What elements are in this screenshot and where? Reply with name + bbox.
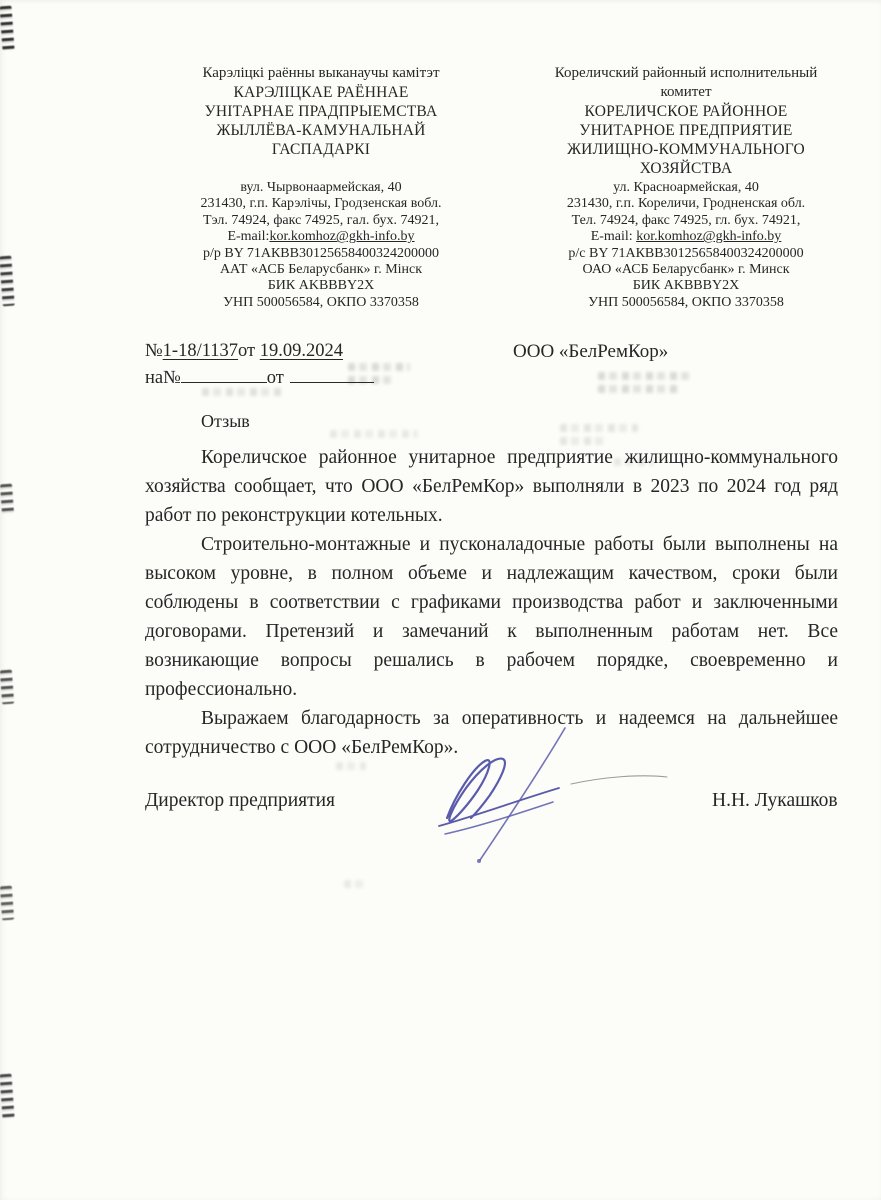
binding-mark — [0, 256, 15, 307]
body-paragraph: Кореличское районное унитарное предприят… — [145, 443, 838, 530]
address-line: ул. Красноармейская, 40 — [500, 180, 872, 196]
bic-line: БИК AKBBBY2X — [500, 278, 872, 294]
address-block: ул. Красноармейская, 40 231430, г.п. Кор… — [500, 180, 872, 311]
ref-number: 1-18/1137 — [163, 341, 238, 361]
org-name-line: ХОЗЯЙСТВА — [500, 159, 872, 178]
address-line: 231430, г.п. Карэлічы, Гродзенская вобл. — [145, 196, 497, 212]
body-paragraph: Строительно-монтажные и пусконаладочные … — [145, 530, 838, 704]
unp-okpo-line: УНП 500056584, ОКПО 3370358 — [145, 295, 497, 311]
org-name-line: КАРЭЛІЦКАЕ РАЁННАЕ — [145, 83, 497, 102]
org-name-line: УНІТАРНАЕ ПРАДПРЫЕМСТВА — [145, 102, 497, 121]
parent-org-line: Кореличский районный исполнительный коми… — [530, 64, 842, 102]
org-name-block: Кореличский районный исполнительный коми… — [500, 64, 872, 180]
parent-org-line: Карэліцкі раённы выканаучы камітэт — [145, 64, 497, 83]
org-name-line: КОРЕЛИЧСКОЕ РАЙОННОЕ — [500, 102, 872, 121]
reference-block: №1-18/1137от 19.09.2024 на№от — [145, 338, 374, 392]
bic-line: БИК AKBBBY2X — [145, 278, 497, 294]
reply-date-blank — [290, 366, 374, 383]
letter-body: Кореличское районное унитарное предприят… — [145, 443, 838, 762]
binding-mark — [0, 484, 14, 515]
org-name-line: ЖЫЛЛЁВА-КАМУНАЛЬНАЙ — [145, 121, 497, 140]
email-address: kor.komhoz@gkh-info.by — [269, 229, 414, 244]
bleedthrough-artifact — [330, 430, 418, 443]
reply-number-blank — [181, 366, 267, 383]
document-title: Отзыв — [201, 411, 250, 432]
ref-reply-line: на№от — [145, 364, 374, 392]
org-name-line: УНИТАРНОЕ ПРЕДПРИЯТИЕ — [500, 121, 872, 140]
signoff-name: Н.Н. Лукашков — [712, 790, 838, 812]
address-line: вул. Чырвонаармейская, 40 — [145, 180, 497, 196]
org-name-line: ГАСПАДАРКІ — [145, 140, 497, 159]
bank-name-line: ОАО «АСБ Беларусбанк» г. Минск — [500, 262, 872, 278]
ref-ot-label: от — [238, 341, 260, 361]
bleedthrough-artifact — [598, 372, 694, 398]
bank-account-line: р/р BY 71АКВВ30125658400324200000 — [145, 246, 497, 262]
email-line: E-mail: kor.komhoz@gkh-info.by — [500, 229, 872, 245]
binding-mark — [0, 1074, 15, 1119]
bank-name-line: ААТ «АСБ Беларусбанк» г. Мінск — [145, 262, 497, 278]
binding-mark — [0, 670, 14, 705]
binding-mark — [0, 886, 14, 921]
address-line: 231430, г.п. Кореличи, Гродненская обл. — [500, 196, 872, 212]
reply-ot-label: от — [267, 368, 284, 388]
email-label: E-mail: — [227, 229, 269, 244]
bleedthrough-artifact — [336, 762, 366, 775]
unp-okpo-line: УНП 500056584, ОКПО 3370358 — [500, 295, 872, 311]
ref-date: 19.09.2024 — [260, 341, 343, 361]
bleedthrough-artifact — [344, 880, 366, 893]
org-name-block: Карэліцкі раённы выканаучы камітэт КАРЭЛ… — [145, 64, 497, 180]
address-line: Тэл. 74924, факс 74925, гал. бух. 74921, — [145, 213, 497, 229]
ref-number-prefix: № — [145, 341, 163, 361]
bank-account-line: р/с BY 71АКВВ30125658400324200000 — [500, 246, 872, 262]
email-label: E-mail: — [591, 229, 637, 244]
binding-mark — [0, 6, 15, 51]
sender-block-right: Кореличский районный исполнительный коми… — [500, 64, 872, 311]
email-line: E-mail:kor.komhoz@gkh-info.by — [145, 229, 497, 245]
reply-prefix: на№ — [145, 368, 181, 388]
signoff-position-title: Директор предприятия — [145, 790, 335, 812]
ref-number-line: №1-18/1137от 19.09.2024 — [145, 338, 374, 364]
sender-block-left: Карэліцкі раённы выканаучы камітэт КАРЭЛ… — [145, 64, 497, 311]
page: Карэліцкі раённы выканаучы камітэт КАРЭЛ… — [0, 0, 881, 1200]
signature-scribble — [423, 726, 687, 878]
address-line: Тел. 74924, факс 74925, гл. бух. 74921, — [500, 213, 872, 229]
recipient: ООО «БелРемКор» — [513, 341, 668, 363]
email-address: kor.komhoz@gkh-info.by — [636, 229, 781, 244]
address-block: вул. Чырвонаармейская, 40 231430, г.п. К… — [145, 180, 497, 311]
org-name-line: ЖИЛИЩНО-КОММУНАЛЬНОГО — [500, 140, 872, 159]
letterhead: Карэліцкі раённы выканаучы камітэт КАРЭЛ… — [145, 64, 872, 311]
